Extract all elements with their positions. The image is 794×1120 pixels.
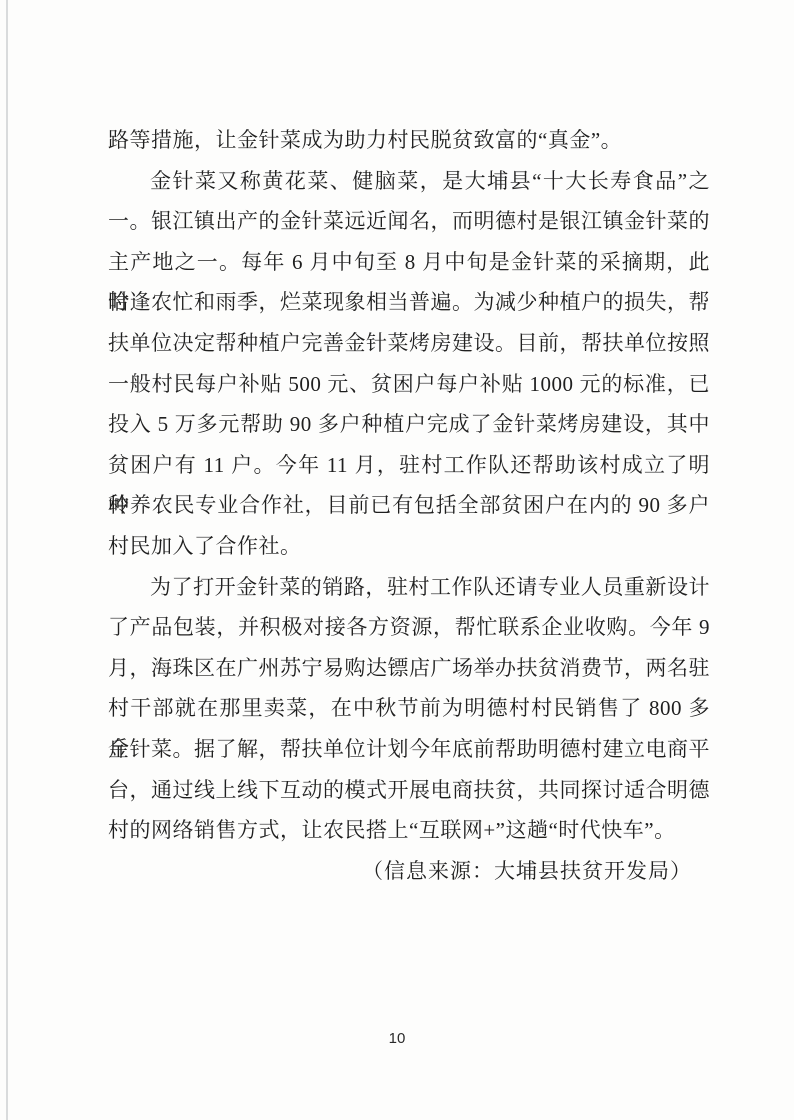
text-line: 金针菜又称黄花菜、健脑菜，是大埔县“十大长寿食品”之	[108, 161, 710, 202]
text-line: 恰逢农忙和雨季，烂菜现象相当普遍。为减少种植户的损失，帮	[108, 282, 710, 323]
text-line: 月，海珠区在广州苏宁易购达镖店广场举办扶贫消费节，两名驻	[108, 648, 710, 689]
text-line: 贫困户有 11 户。今年 11 月，驻村工作队还帮助该村成立了明岭	[108, 445, 710, 486]
scan-edge-artifact	[6, 0, 8, 1120]
text-line: 村的网络销售方式，让农民搭上“互联网+”这趟“时代快车”。	[108, 810, 710, 851]
text-line: 村民加入了合作社。	[108, 526, 710, 567]
text-line: 一。银江镇出产的金针菜远近闻名，而明德村是银江镇金针菜的	[108, 201, 710, 242]
text-line: 路等措施，让金针菜成为助力村民脱贫致富的“真金”。	[108, 120, 710, 161]
document-page: 路等措施，让金针菜成为助力村民脱贫致富的“真金”。 金针菜又称黄花菜、健脑菜，是…	[0, 0, 794, 1120]
text-line: 种养农民专业合作社，目前已有包括全部贫困户在内的 90 多户	[108, 485, 710, 526]
text-line: 了产品包装，并积极对接各方资源，帮忙联系企业收购。今年 9	[108, 607, 710, 648]
body-text-block: 路等措施，让金针菜成为助力村民脱贫致富的“真金”。 金针菜又称黄花菜、健脑菜，是…	[108, 120, 710, 891]
text-line: 村干部就在那里卖菜，在中秋节前为明德村村民销售了 800 多斤	[108, 688, 710, 729]
text-line: 金针菜。据了解，帮扶单位计划今年底前帮助明德村建立电商平	[108, 729, 710, 770]
text-line: 为了打开金针菜的销路，驻村工作队还请专业人员重新设计	[108, 567, 710, 608]
text-line: 台，通过线上线下互动的模式开展电商扶贫，共同探讨适合明德	[108, 770, 710, 811]
page-number: 10	[0, 1030, 794, 1047]
text-line: 扶单位决定帮种植户完善金针菜烤房建设。目前，帮扶单位按照	[108, 323, 710, 364]
text-line: 一般村民每户补贴 500 元、贫困户每户补贴 1000 元的标准，已	[108, 364, 710, 405]
attribution-line: （信息来源：大埔县扶贫开发局）	[108, 851, 710, 892]
text-line: 主产地之一。每年 6 月中旬至 8 月中旬是金针菜的采摘期，此时	[108, 242, 710, 283]
text-line: 投入 5 万多元帮助 90 多户种植户完成了金针菜烤房建设，其中	[108, 404, 710, 445]
